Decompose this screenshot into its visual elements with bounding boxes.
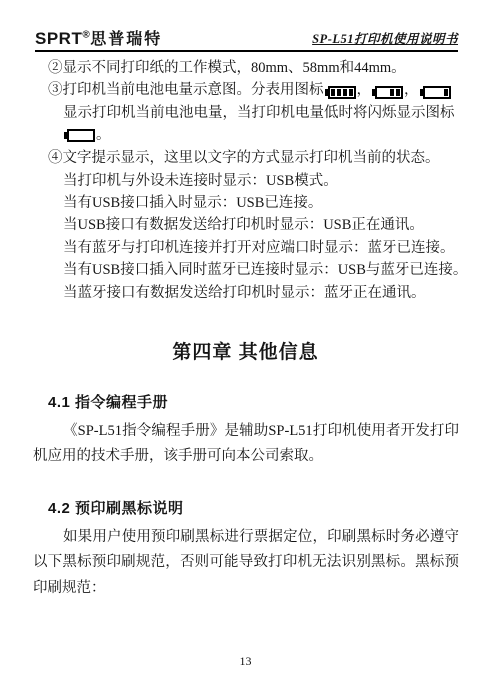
status-line-bt-connected: 当有蓝牙与打印机连接并打开对应端口时显示：蓝牙已连接。 — [48, 237, 461, 259]
list-item-paper-modes: ②显示不同打印纸的工作模式，80mm、58mm和44mm。 — [48, 57, 461, 79]
page-header: SPRT®思普瑞特 SP-L51打印机使用说明书 — [35, 0, 458, 52]
brand-name-cn: 思普瑞特 — [90, 31, 162, 48]
battery-line-text: ③打印机当前电池电量示意图。分表用图标 — [48, 82, 324, 98]
manual-page: SPRT®思普瑞特 SP-L51打印机使用说明书 ②显示不同打印纸的工作模式，8… — [0, 0, 491, 695]
section-heading-4-1: 4.1 指令编程手册 — [48, 391, 461, 412]
separator: ， — [357, 82, 372, 98]
separator: ， — [404, 82, 419, 98]
sentence-end: 。 — [96, 124, 111, 146]
list-item-battery-line2: 显示打印机当前电池电量，当打印机电量低时将闪烁显示图标 — [48, 102, 461, 124]
battery-case — [423, 86, 451, 99]
status-line-usb-communicating: 当USB接口有数据发送给打印机时显示：USB正在通讯。 — [48, 214, 461, 236]
status-line-usb-connected: 当有USB接口插入时显示：USB已连接。 — [48, 192, 461, 214]
battery-medium-icon — [372, 86, 403, 99]
page-number: 13 — [0, 654, 491, 669]
status-description-list: ②显示不同打印纸的工作模式，80mm、58mm和44mm。 ③打印机当前电池电量… — [48, 57, 461, 304]
status-line-usb-bt-connected: 当有USB接口插入同时蓝牙已连接时显示：USB与蓝牙已连接。 — [48, 259, 461, 281]
section-heading-4-2: 4.2 预印刷黑标说明 — [48, 497, 461, 518]
list-item-battery-line3: 。 — [48, 124, 461, 147]
battery-case — [375, 86, 403, 99]
doc-title: SP-L51打印机使用说明书 — [312, 29, 458, 49]
battery-case — [67, 129, 95, 142]
status-line-usb-mode: 当打印机与外设未连接时显示：USB模式。 — [48, 170, 461, 192]
battery-low-icon — [420, 86, 451, 99]
chapter-title: 第四章 其他信息 — [0, 337, 491, 364]
battery-empty-icon — [64, 129, 95, 142]
battery-full-icon — [325, 86, 356, 99]
brand-name: SPRT — [35, 29, 82, 48]
section-paragraph-4-1: 《SP-L51指令编程手册》是辅助SP-L51打印机使用者开发打印机应用的技术手… — [33, 419, 459, 470]
battery-case — [328, 86, 356, 99]
brand-logo: SPRT®思普瑞特 — [35, 30, 162, 49]
section-paragraph-4-2: 如果用户使用预印刷黑标进行票据定位，印刷黑标时务必遵守以下黑标预印刷规范，否则可… — [33, 525, 459, 601]
list-item-battery-line1: ③打印机当前电池电量示意图。分表用图标，， — [48, 79, 461, 101]
list-item-text-status: ④文字提示显示，这里以文字的方式显示打印机当前的状态。 — [48, 147, 461, 169]
status-line-bt-communicating: 当蓝牙接口有数据发送给打印机时显示：蓝牙正在通讯。 — [48, 282, 461, 304]
